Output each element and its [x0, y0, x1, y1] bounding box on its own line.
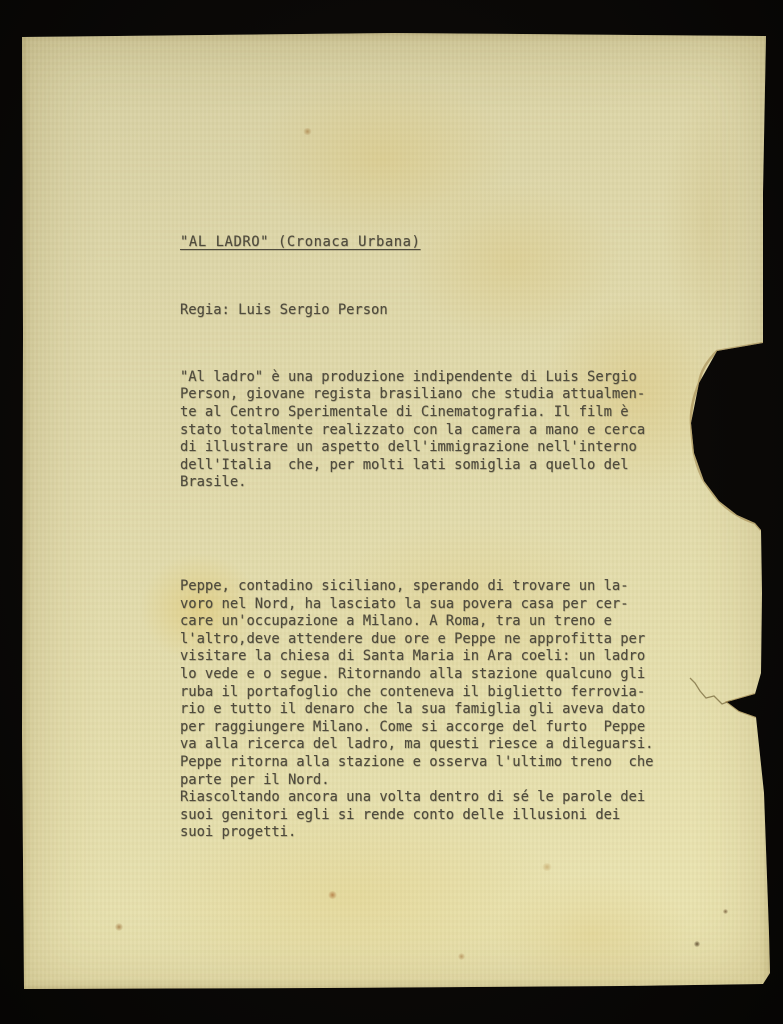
yellow-stain [492, 873, 692, 993]
document-title: "AL LADRO" (Cronaca Urbana) [180, 234, 700, 252]
foxing-spot [115, 923, 123, 931]
typewritten-text-block: "AL LADRO" (Cronaca Urbana) Regia: Luis … [180, 199, 700, 877]
director-credit-line: Regia: Luis Sergio Person [180, 302, 700, 320]
foxing-spot [303, 128, 312, 135]
foxing-spot [694, 941, 700, 947]
torn-bite-rim [691, 343, 763, 530]
document-page: "AL LADRO" (Cronaca Urbana) Regia: Luis … [22, 33, 770, 989]
foxing-spot [458, 953, 465, 960]
photo-background: "AL LADRO" (Cronaca Urbana) Regia: Luis … [0, 0, 783, 1024]
paragraph-plot-synopsis: Peppe, contadino siciliano, sperando di … [180, 578, 700, 842]
crack-notch-rim [727, 694, 756, 717]
foxing-spot [328, 891, 337, 899]
foxing-spot [723, 909, 728, 914]
paragraph-production-notes: "Al ladro" è una produzione indipendente… [180, 369, 700, 492]
